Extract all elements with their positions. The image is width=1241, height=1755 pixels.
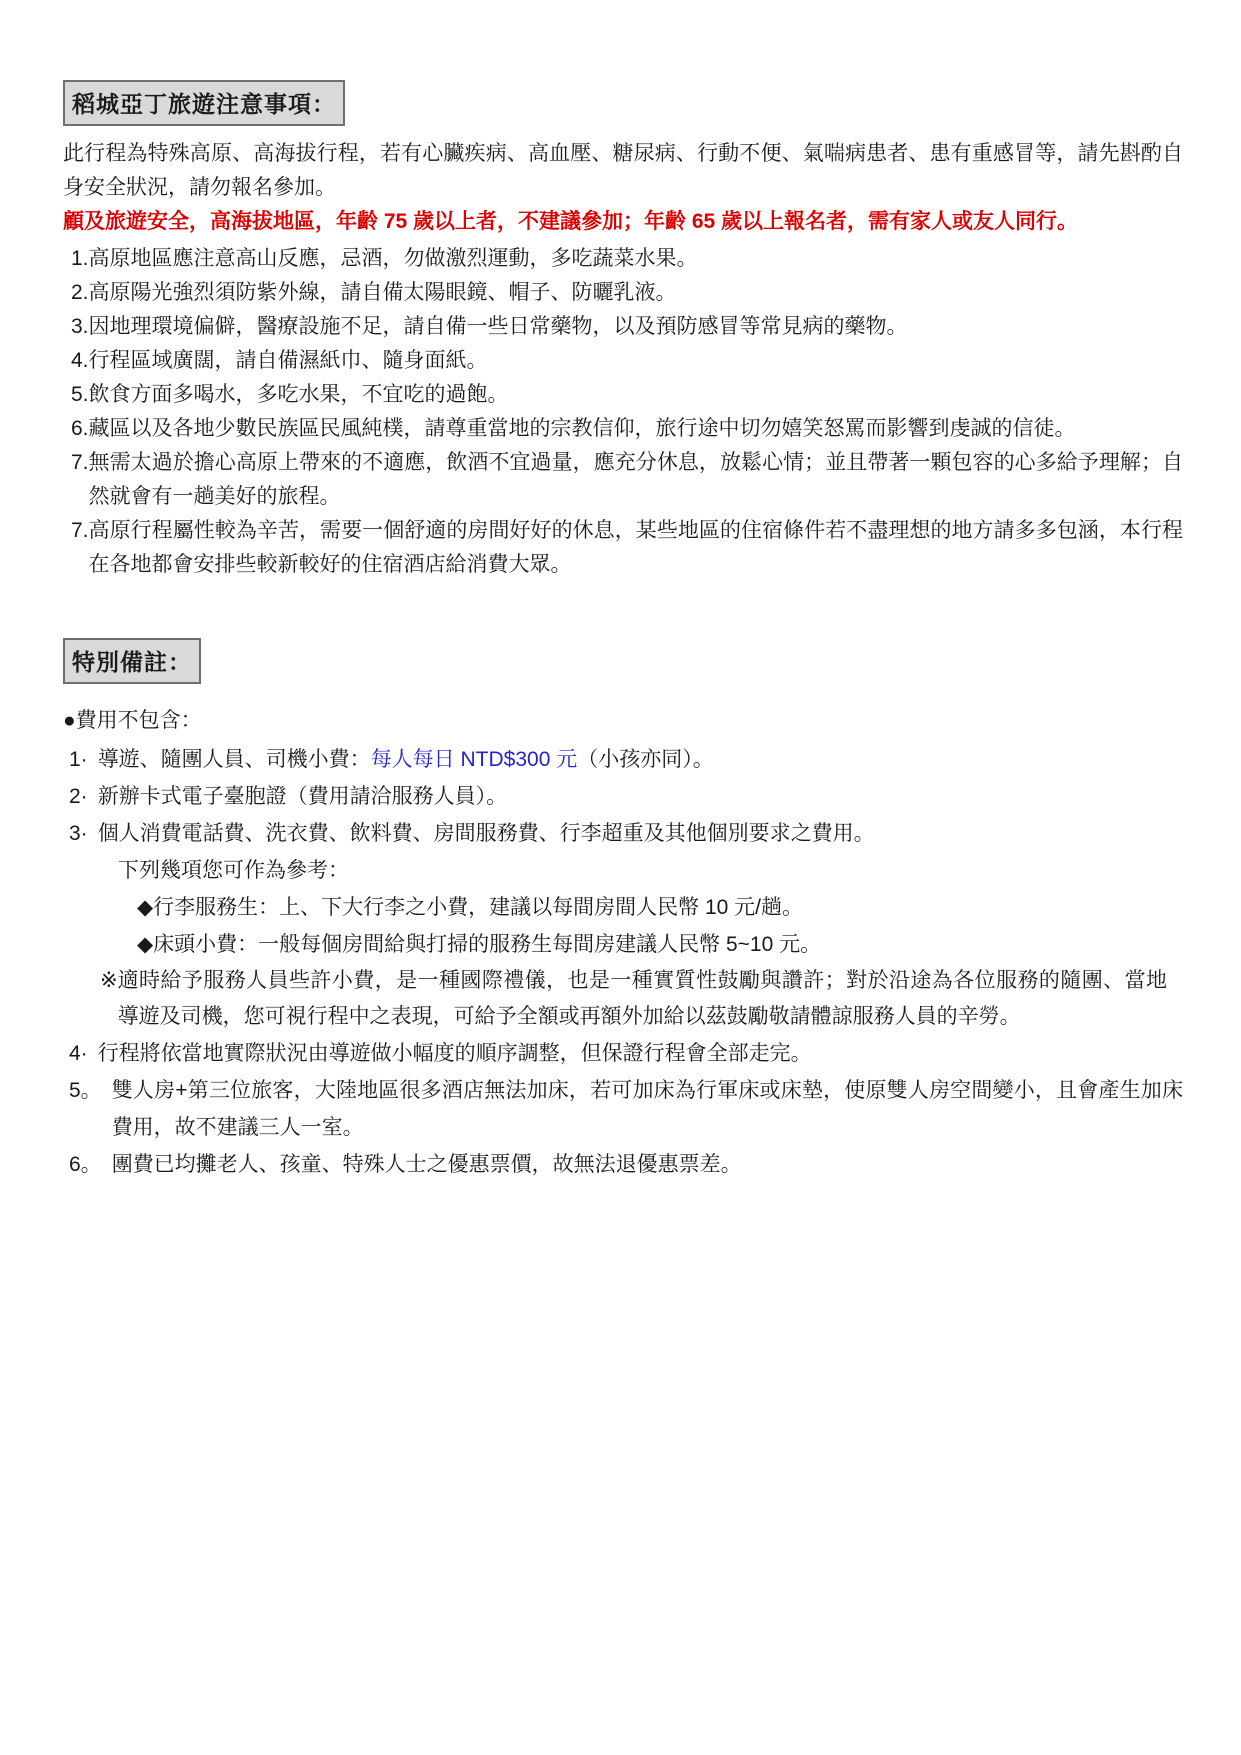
item-number: 5. [63,378,89,412]
item-number: 4· [63,1035,98,1072]
item-text: 高原行程屬性較為辛苦，需要一個舒適的房間好好的休息，某些地區的住宿條件若不盡理想… [89,514,1183,582]
item-text: 藏區以及各地少數民族區民風純樸，請尊重當地的宗教信仰，旅行途中切勿嬉笑怒罵而影響… [89,412,1183,446]
item-text: 雙人房+第三位旅客，大陸地區很多酒店無法加床，若可加床為行軍床或床墊，使原雙人房… [112,1072,1183,1146]
item-number: 2· [63,778,98,815]
item-text: 導遊、隨團人員、司機小費：每人每日 NTD$300 元（小孩亦同）。 [98,741,1183,778]
reference-mark-icon: ※ [100,963,118,1035]
reference-intro: 下列幾項您可作為參考： [63,852,1183,889]
notice-title-box: 稻城亞丁旅遊注意事項： [63,80,345,126]
list-item: 7. 高原行程屬性較為辛苦，需要一個舒適的房間好好的休息，某些地區的住宿條件若不… [63,514,1183,582]
list-item: 6. 藏區以及各地少數民族區民風純樸，請尊重當地的宗教信仰，旅行途中切勿嬉笑怒罵… [63,412,1183,446]
remark-item: 1· 導遊、隨團人員、司機小費：每人每日 NTD$300 元（小孩亦同）。 [63,741,1183,778]
item-number: 7. [63,514,89,582]
item-number: 2. [63,276,89,310]
list-item: 3. 因地理環境偏僻，醫療設施不足，請自備一些日常藥物，以及預防感冒等常見病的藥… [63,310,1183,344]
fees-not-included-header: ●費用不包含： [63,701,1183,741]
list-item: 2. 高原陽光強烈須防紫外線，請自備太陽眼鏡、帽子、防曬乳液。 [63,276,1183,310]
document-content: 稻城亞丁旅遊注意事項： 此行程為特殊高原、高海拔行程，若有心臟疾病、高血壓、糖尿… [63,80,1183,1183]
tip-fee-amount: 每人每日 NTD$300 元 [371,748,578,771]
safety-warning-paragraph: 顧及旅遊安全，高海拔地區，年齡 75 歲以上者，不建議參加；年齡 65 歲以上報… [63,205,1183,239]
item-text: 飲食方面多喝水，多吃水果，不宜吃的過飽。 [89,378,1183,412]
intro-paragraph: 此行程為特殊高原、高海拔行程，若有心臟疾病、高血壓、糖尿病、行動不便、氣喘病患者… [63,137,1183,205]
list-item: 1. 高原地區應注意高山反應，忌酒，勿做激烈運動，多吃蔬菜水果。 [63,242,1183,276]
remark-item: 2· 新辦卡式電子臺胞證（費用請洽服務人員）。 [63,778,1183,815]
remark-item: 6。 團費已均攤老人、孩童、特殊人士之優惠票價，故無法退優惠票差。 [63,1146,1183,1183]
item-text: 高原陽光強烈須防紫外線，請自備太陽眼鏡、帽子、防曬乳液。 [89,276,1183,310]
remark-item: 4· 行程將依當地實際狀況由導遊做小幅度的順序調整，但保證行程會全部走完。 [63,1035,1183,1072]
document-page: 稻城亞丁旅遊注意事項： 此行程為特殊高原、高海拔行程，若有心臟疾病、高血壓、糖尿… [0,0,1241,1755]
item-text: 高原地區應注意高山反應，忌酒，勿做激烈運動，多吃蔬菜水果。 [89,242,1183,276]
item-text: 行程將依當地實際狀況由導遊做小幅度的順序調整，但保證行程會全部走完。 [98,1035,1183,1072]
item-number: 6. [63,412,89,446]
item-number: 6。 [63,1146,112,1183]
tip-fee-suffix: （小孩亦同）。 [577,748,714,771]
remark-item: 3· 個人消費電話費、洗衣費、飲料費、房間服務費、行李超重及其他個別要求之費用。 [63,815,1183,852]
item-text: 因地理環境偏僻，醫療設施不足，請自備一些日常藥物，以及預防感冒等常見病的藥物。 [89,310,1183,344]
tip-text: 床頭小費：一般每個房間給與打掃的服務生每間房建議人民幣 5~10 元。 [153,926,1183,963]
tip-item: ◆ 行李服務生：上、下大行李之小費，建議以每間房間人民幣 10 元/趟。 [63,889,1183,926]
item-number: 3· [63,815,98,852]
item-text: 無需太過於擔心高原上帶來的不適應，飲酒不宜過量，應充分休息，放鬆心情；並且帶著一… [89,446,1183,514]
list-item: 4. 行程區域廣闊，請自備濕紙巾、隨身面紙。 [63,344,1183,378]
note-text: 適時給予服務人員些許小費，是一種國際禮儀，也是一種實質性鼓勵與讚許；對於沿途為各… [118,963,1183,1035]
note-paragraph: ※ 適時給予服務人員些許小費，是一種國際禮儀，也是一種實質性鼓勵與讚許；對於沿途… [63,963,1183,1035]
notice-list: 1. 高原地區應注意高山反應，忌酒，勿做激烈運動，多吃蔬菜水果。 2. 高原陽光… [63,242,1183,582]
list-item: 7. 無需太過於擔心高原上帶來的不適應，飲酒不宜過量，應充分休息，放鬆心情；並且… [63,446,1183,514]
tip-item: ◆ 床頭小費：一般每個房間給與打掃的服務生每間房建議人民幣 5~10 元。 [63,926,1183,963]
remarks-title-box: 特別備註： [63,638,201,684]
diamond-bullet-icon: ◆ [137,889,153,926]
notice-title: 稻城亞丁旅遊注意事項： [72,91,336,117]
remarks-title: 特別備註： [72,649,192,675]
remark-item: 5。 雙人房+第三位旅客，大陸地區很多酒店無法加床，若可加床為行軍床或床墊，使原… [63,1072,1183,1146]
tip-text: 行李服務生：上、下大行李之小費，建議以每間房間人民幣 10 元/趟。 [153,889,1183,926]
diamond-bullet-icon: ◆ [137,926,153,963]
item-text: 新辦卡式電子臺胞證（費用請洽服務人員）。 [98,778,1183,815]
item-text: 團費已均攤老人、孩童、特殊人士之優惠票價，故無法退優惠票差。 [112,1146,1183,1183]
notice-section: 稻城亞丁旅遊注意事項： 此行程為特殊高原、高海拔行程，若有心臟疾病、高血壓、糖尿… [63,80,1183,582]
item-number: 5。 [63,1072,112,1146]
item-number: 7. [63,446,89,514]
item-text: 個人消費電話費、洗衣費、飲料費、房間服務費、行李超重及其他個別要求之費用。 [98,815,1183,852]
remarks-section: 特別備註： ●費用不包含： 1· 導遊、隨團人員、司機小費：每人每日 NTD$3… [63,638,1183,1183]
list-item: 5. 飲食方面多喝水，多吃水果，不宜吃的過飽。 [63,378,1183,412]
item-number: 4. [63,344,89,378]
item-number: 3. [63,310,89,344]
item-text: 行程區域廣闊，請自備濕紙巾、隨身面紙。 [89,344,1183,378]
item-number: 1· [63,741,98,778]
remarks-body: ●費用不包含： 1· 導遊、隨團人員、司機小費：每人每日 NTD$300 元（小… [63,701,1183,1183]
item-number: 1. [63,242,89,276]
tip-fee-prefix: 導遊、隨團人員、司機小費： [98,748,371,771]
